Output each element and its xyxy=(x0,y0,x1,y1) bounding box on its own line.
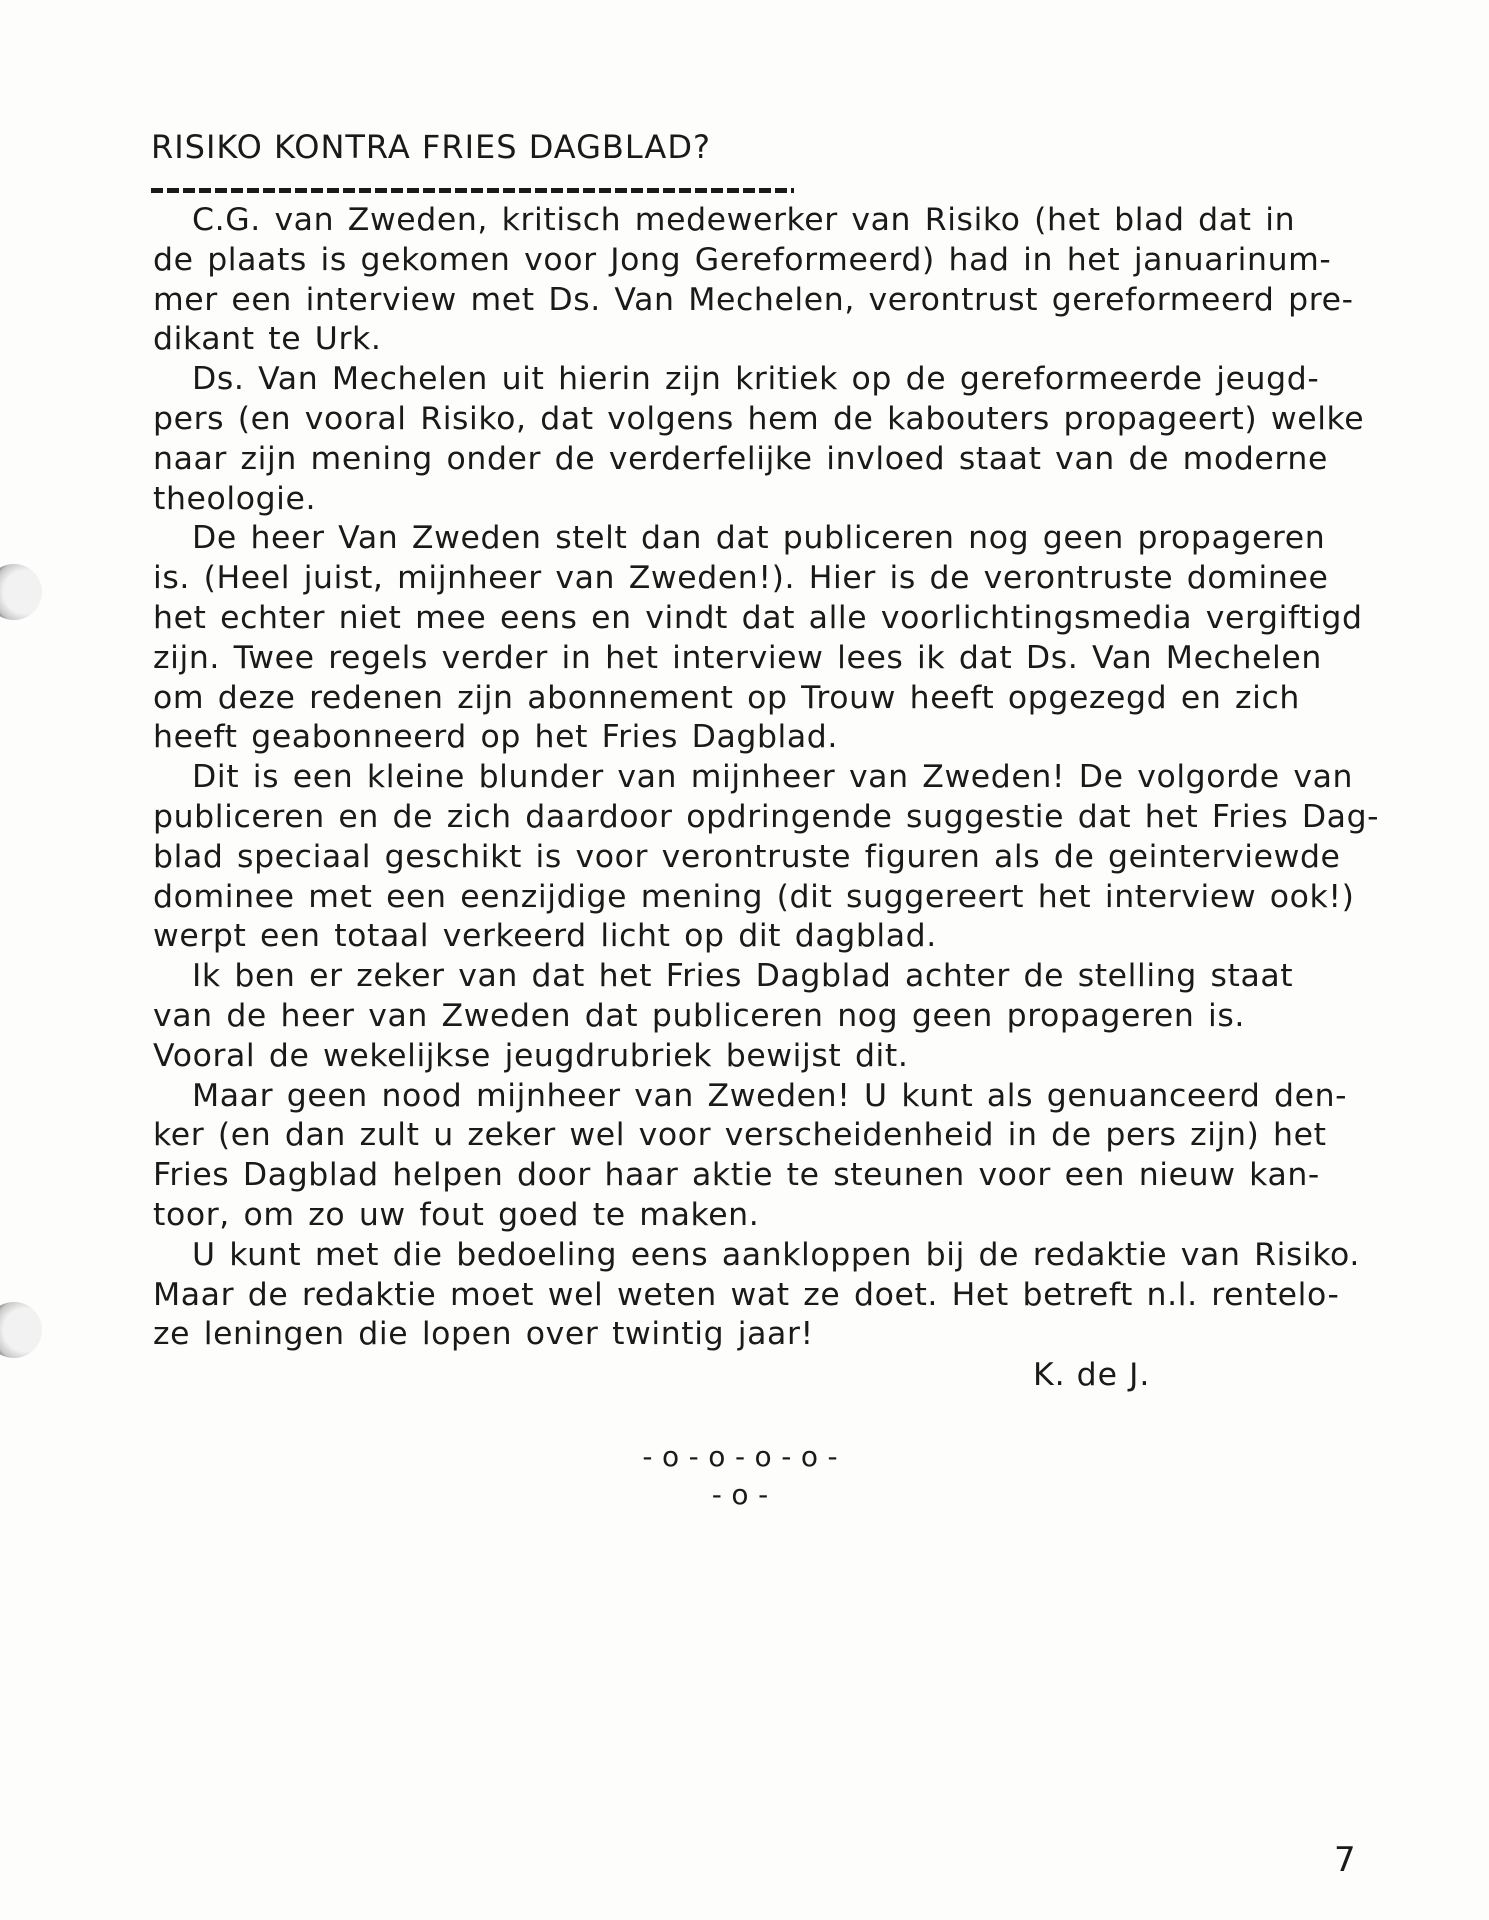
text-line: Vooral de wekelijkse jeugdrubriek bewijs… xyxy=(153,1036,908,1076)
text-line: werpt een totaal verkeerd licht op dit d… xyxy=(153,916,937,956)
text-line: mer een interview met Ds. Van Mechelen, … xyxy=(153,280,1354,320)
text-line: zijn. Twee regels verder in het intervie… xyxy=(153,638,1322,678)
punch-hole-top xyxy=(0,564,42,620)
text-line: Dit is een kleine blunder van mijnheer v… xyxy=(192,757,1353,797)
text-line: toor, om zo uw fout goed te maken. xyxy=(153,1195,759,1235)
text-line: om deze redenen zijn abonnement op Trouw… xyxy=(153,678,1300,718)
text-line: van de heer van Zweden dat publiceren no… xyxy=(153,996,1245,1036)
text-line: theologie. xyxy=(153,479,316,519)
text-line: Ds. Van Mechelen uit hierin zijn kritiek… xyxy=(192,359,1319,399)
text-line: Ik ben er zeker van dat het Fries Dagbla… xyxy=(192,956,1293,996)
punch-hole-bottom xyxy=(0,1302,42,1358)
text-line: dominee met een eenzijdige mening (dit s… xyxy=(153,877,1355,917)
text-line: Maar geen nood mijnheer van Zweden! U ku… xyxy=(192,1076,1347,1116)
author-signature: K. de J. xyxy=(1033,1355,1150,1395)
document-page: RISIKO KONTRA FRIES DAGBLAD? C.G. van Zw… xyxy=(0,0,1489,1920)
text-line: de plaats is gekomen voor Jong Gereforme… xyxy=(153,240,1331,280)
text-line: ker (en dan zult u zeker wel voor versch… xyxy=(153,1115,1327,1155)
text-line: is. (Heel juist, mijnheer van Zweden!). … xyxy=(153,558,1328,598)
text-line: blad speciaal geschikt is voor verontrus… xyxy=(153,837,1341,877)
article-title: RISIKO KONTRA FRIES DAGBLAD? xyxy=(151,128,711,166)
text-line: ze leningen die lopen over twintig jaar! xyxy=(153,1314,814,1354)
text-line: het echter niet mee eens en vindt dat al… xyxy=(153,598,1363,638)
text-line: De heer Van Zweden stelt dan dat publice… xyxy=(192,518,1325,558)
text-line: pers (en vooral Risiko, dat volgens hem … xyxy=(153,399,1364,439)
text-line: U kunt met die bedoeling eens aankloppen… xyxy=(192,1235,1360,1275)
text-line: Maar de redaktie moet wel weten wat ze d… xyxy=(153,1275,1339,1315)
page-number: 7 xyxy=(1334,1840,1356,1880)
text-line: naar zijn mening onder de verderfelijke … xyxy=(153,439,1328,479)
text-line: Fries Dagblad helpen door haar aktie te … xyxy=(153,1155,1320,1195)
separator-line-2: -o- xyxy=(0,1478,1489,1511)
text-line: C.G. van Zweden, kritisch medewerker van… xyxy=(192,200,1295,240)
text-line: publiceren en de zich daardoor opdringen… xyxy=(153,797,1379,837)
text-line: dikant te Urk. xyxy=(153,319,381,359)
separator-line-1: -o-o-o-o- xyxy=(0,1440,1489,1473)
text-line: heeft geabonneerd op het Fries Dagblad. xyxy=(153,717,838,757)
title-dashed-underline xyxy=(151,188,794,193)
